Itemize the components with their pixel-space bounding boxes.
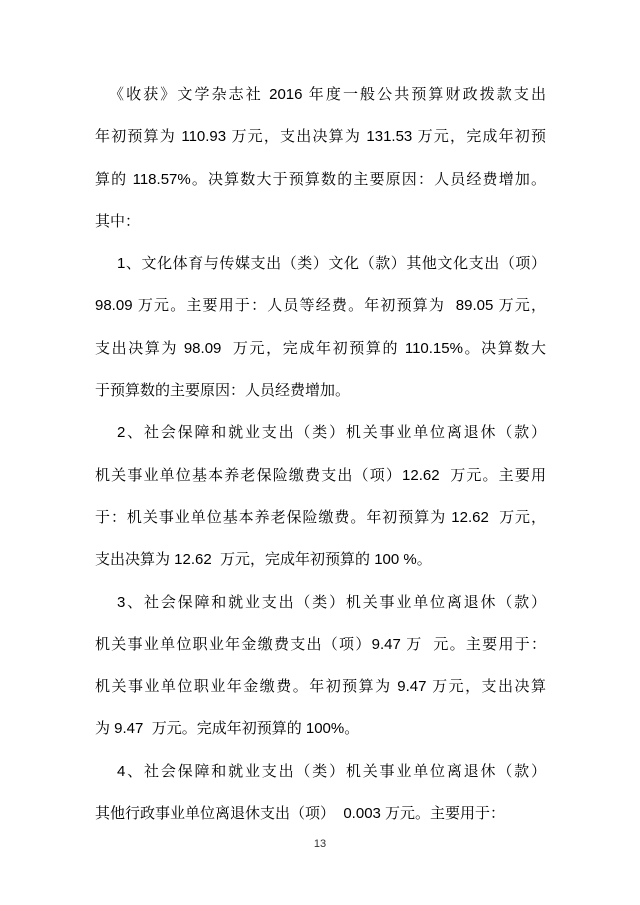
text-line: 4、社会保障和就业支出（类）机关事业单位离退休（款） bbox=[95, 751, 546, 793]
text-line: 机关事业单位职业年金缴费支出（项）9.47 万 元。主要用于： bbox=[95, 624, 546, 666]
text-line: 机关事业单位职业年金缴费。年初预算为 9.47 万元，支出决算 bbox=[95, 666, 546, 708]
paragraph: 《收获》文学杂志社 2016 年度一般公共预算财政拨款支出年初预算为 110.9… bbox=[95, 74, 546, 243]
document-body: 《收获》文学杂志社 2016 年度一般公共预算财政拨款支出年初预算为 110.9… bbox=[95, 74, 546, 835]
page-number: 13 bbox=[0, 837, 640, 851]
text-line: 2、社会保障和就业支出（类）机关事业单位离退休（款） bbox=[95, 412, 546, 454]
document-page: 《收获》文学杂志社 2016 年度一般公共预算财政拨款支出年初预算为 110.9… bbox=[0, 0, 640, 905]
paragraph: 4、社会保障和就业支出（类）机关事业单位离退休（款）其他行政事业单位离退休支出（… bbox=[95, 751, 546, 836]
text-line: 支出决算为 98.09 万元，完成年初预算的 110.15%。决算数大 bbox=[95, 328, 546, 370]
text-line: 其中： bbox=[95, 201, 546, 243]
text-line: 年初预算为 110.93 万元，支出决算为 131.53 万元，完成年初预 bbox=[95, 116, 546, 158]
text-line: 《收获》文学杂志社 2016 年度一般公共预算财政拨款支出 bbox=[95, 74, 546, 116]
paragraph: 1、文化体育与传媒支出（类）文化（款）其他文化支出（项）98.09 万元。主要用… bbox=[95, 243, 546, 412]
text-line: 于：机关事业单位基本养老保险缴费。年初预算为 12.62 万元， bbox=[95, 497, 546, 539]
text-line: 3、社会保障和就业支出（类）机关事业单位离退休（款） bbox=[95, 582, 546, 624]
text-line: 于预算数的主要原因：人员经费增加。 bbox=[95, 370, 546, 412]
text-line: 机关事业单位基本养老保险缴费支出（项）12.62 万元。主要用 bbox=[95, 455, 546, 497]
text-line: 为 9.47 万元。完成年初预算的 100%。 bbox=[95, 708, 546, 750]
text-line: 支出决算为 12.62 万元，完成年初预算的 100 %。 bbox=[95, 539, 546, 581]
text-line: 98.09 万元。主要用于：人员等经费。年初预算为 89.05 万元， bbox=[95, 285, 546, 327]
text-line: 1、文化体育与传媒支出（类）文化（款）其他文化支出（项） bbox=[95, 243, 546, 285]
text-line: 算的 118.57%。决算数大于预算数的主要原因：人员经费增加。 bbox=[95, 159, 546, 201]
paragraph: 3、社会保障和就业支出（类）机关事业单位离退休（款）机关事业单位职业年金缴费支出… bbox=[95, 582, 546, 751]
paragraph: 2、社会保障和就业支出（类）机关事业单位离退休（款）机关事业单位基本养老保险缴费… bbox=[95, 412, 546, 581]
text-line: 其他行政事业单位离退休支出（项） 0.003 万元。主要用于： bbox=[95, 793, 546, 835]
